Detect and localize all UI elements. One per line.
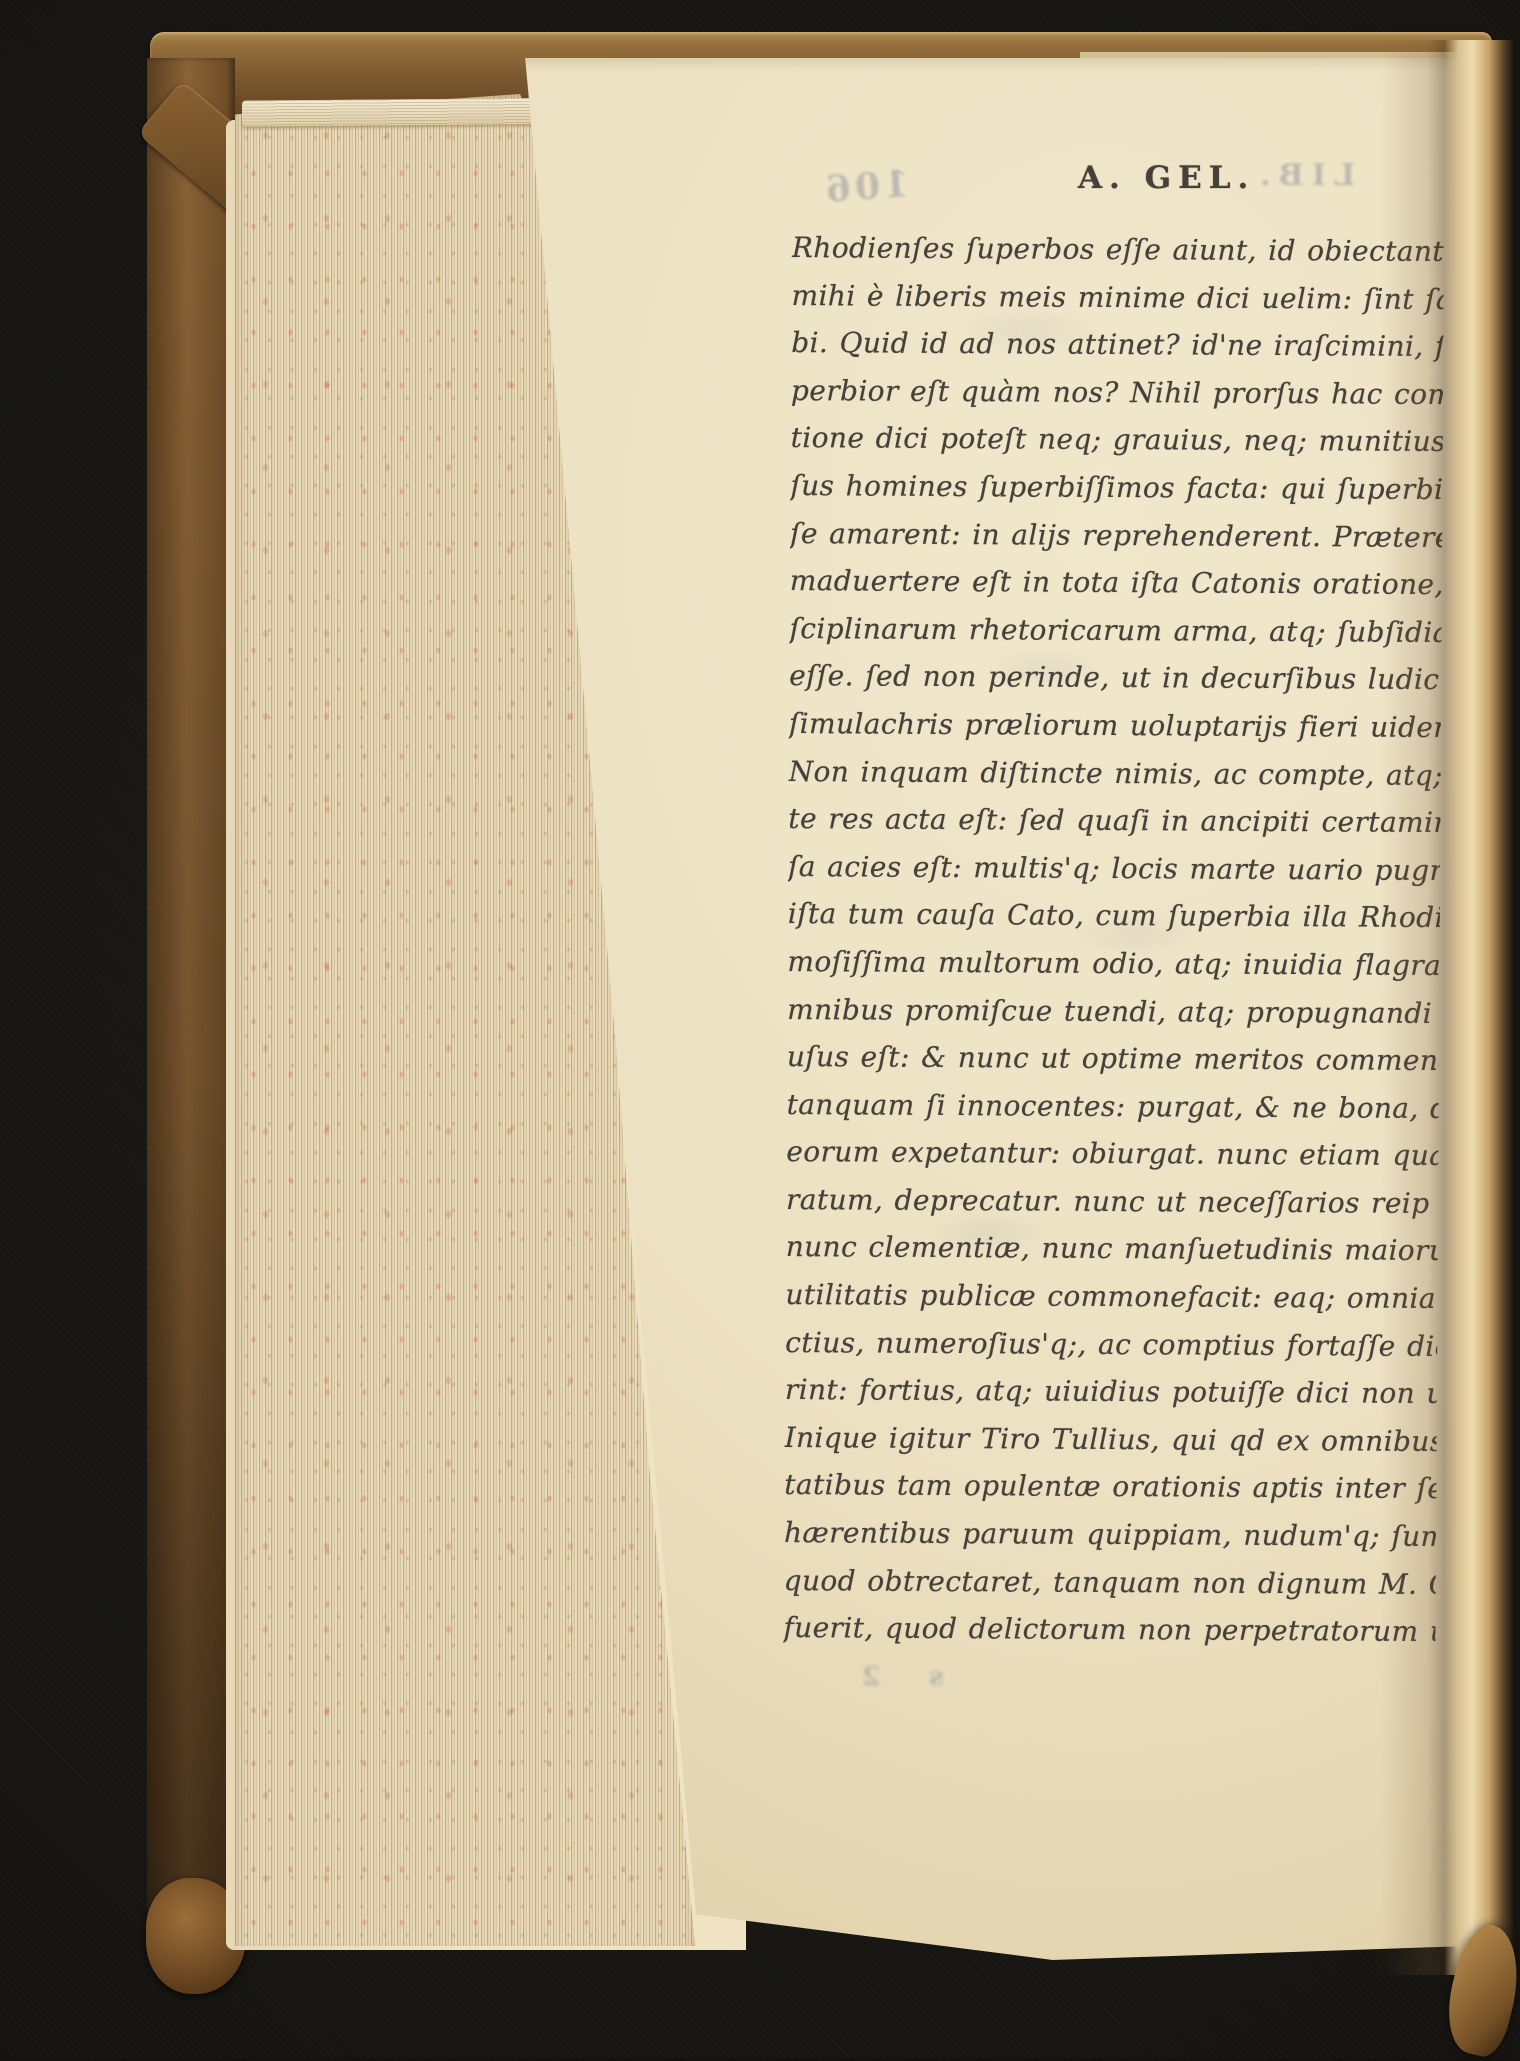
line-text: Inique igitur Tiro Tullius, qui qd ex om…: [784, 1421, 1444, 1458]
text-line: „Rhodienſes ſuperbos eſſe aiunt, id obie…: [792, 224, 1444, 276]
text-line: mnibus promiſcue tuendi, atq; propugnand…: [787, 985, 1439, 1037]
line-text: ſe amarent: in alijs reprehenderent. Præ…: [790, 517, 1444, 554]
text-line: „bi. Quid id ad nos attinet? id'ne iraſc…: [791, 319, 1443, 371]
text-line: ratum, deprecatur. nunc ut neceſſarios r…: [786, 1176, 1438, 1228]
text-line: tatibus tam opulentæ orationis aptis int…: [784, 1461, 1436, 1513]
line-text: te res acta eſt: ſed quaſi in ancipiti c…: [788, 802, 1444, 840]
text-line: iſta tum cauſa Cato, cum ſuperbia illa R…: [788, 890, 1440, 942]
line-text: uſus eſt: & nunc ut optime meritos comme…: [787, 1040, 1444, 1078]
text-line: „mihi è liberis meis minime dici uelim: …: [791, 272, 1443, 324]
text-line: ſe amarent: in alijs reprehenderent. Præ…: [790, 510, 1442, 562]
text-line: hærentibus paruum quippiam, nudum'q; ſum: [784, 1509, 1436, 1561]
text-line: „perbior eſt quàm nos? Nihil prorſus hac…: [791, 367, 1443, 419]
line-text: ſimulachris præliorum uoluptarijs fieri …: [789, 707, 1444, 744]
text-line: ſa acies eſt: multis'q; locis marte uari…: [788, 843, 1440, 895]
line-text: utilitatis publicæ commonefacit: eaq; om…: [785, 1278, 1444, 1315]
bleedthrough-header: LIB.: [1252, 158, 1355, 193]
line-text: hærentibus paruum quippiam, nudum'q; ſum: [784, 1516, 1444, 1553]
line-text: ſa acies eſt: multis'q; locis marte uari…: [788, 850, 1444, 888]
text-line: te res acta eſt: ſed quaſi in ancipiti c…: [788, 795, 1440, 847]
text-block: „Rhodienſes ſuperbos eſſe aiunt, id obie…: [783, 224, 1444, 1678]
text-line: ctius, numeroſius'q;, ac comptius fortaſ…: [785, 1319, 1437, 1371]
line-text: fuerit, quod delictorum non perpetratoru…: [783, 1611, 1444, 1648]
bleedthrough-page-number: 106: [821, 163, 911, 211]
line-text: moſiſſima multorum odio, atq; inuidia fl…: [787, 945, 1444, 982]
text-line: ſus homines ſuperbiſſimos facta: qui ſup…: [790, 462, 1442, 514]
line-text: tione dici poteſt neq; grauius, neq; mun…: [791, 421, 1444, 459]
running-header: A. GEL.: [1078, 160, 1255, 196]
text-line: tione dici poteſt neq; grauius, neq; mun…: [791, 414, 1443, 466]
text-line: Inique igitur Tiro Tullius, qui qd ex om…: [784, 1414, 1436, 1466]
text-line: maduertere eſt in tota iſta Catonis orat…: [790, 557, 1442, 609]
line-text: ctius, numeroſius'q;, ac comptius fortaſ…: [785, 1326, 1444, 1363]
line-text: tatibus tam opulentæ orationis aptis int…: [784, 1468, 1444, 1505]
line-text: quod obtrectaret, tanquam non dignum M. …: [784, 1564, 1444, 1601]
line-text: rint: fortius, atq; uiuidius potuiſſe di…: [785, 1373, 1444, 1410]
line-text: mnibus promiſcue tuendi, atq; propugnand…: [787, 992, 1444, 1029]
line-text: tanquam ſi innocentes: purgat, & ne bona…: [787, 1088, 1444, 1126]
line-text: perbior eſt quàm nos? Nihil prorſus hac …: [791, 374, 1444, 412]
text-line: eorum expetantur: obiurgat. nunc etiam q…: [786, 1128, 1438, 1180]
text-line: moſiſſima multorum odio, atq; inuidia fl…: [787, 938, 1439, 990]
line-text: iſta tum cauſa Cato, cum ſuperbia illa R…: [788, 897, 1444, 934]
line-text: mihi è liberis meis minime dici uelim: ſ…: [791, 279, 1444, 317]
text-line: tanquam ſi innocentes: purgat, & ne bona…: [786, 1081, 1438, 1133]
line-text: eorum expetantur: obiurgat. nunc etiam q…: [786, 1135, 1444, 1172]
line-text: nunc clementiæ, nunc manſuetudinis maior…: [786, 1230, 1444, 1267]
line-text: Rhodienſes ſuperbos eſſe aiunt, id obiec…: [792, 231, 1444, 269]
text-line: ſimulachris præliorum uoluptarijs fieri …: [789, 700, 1441, 752]
text-line: nunc clementiæ, nunc manſuetudinis maior…: [786, 1223, 1438, 1275]
text-line: Non inquam diſtincte nimis, ac compte, a…: [789, 748, 1441, 800]
line-text: maduertere eſt in tota iſta Catonis orat…: [790, 564, 1444, 602]
photo-background: 106 LIB. s 2 A. GEL. „Rhodienſes ſuperbo…: [0, 0, 1520, 2058]
book-cover-left-edge: [147, 58, 235, 1948]
line-text: bi. Quid id ad nos attinet? id'ne iraſci…: [791, 326, 1444, 364]
text-line: uſus eſt: & nunc ut optime meritos comme…: [787, 1033, 1439, 1085]
text-line: fuerit, quod delictorum non perpetratoru…: [783, 1604, 1435, 1656]
line-text: ſciplinarum rhetoricarum arma, atq; ſubſ…: [789, 612, 1444, 649]
text-line: ſciplinarum rhetoricarum arma, atq; ſubſ…: [789, 605, 1441, 657]
text-line: eſſe. ſed non perinde, ut in decurſibus …: [789, 652, 1441, 704]
line-text: ſus homines ſuperbiſſimos facta: qui ſup…: [790, 469, 1444, 507]
line-text: ratum, deprecatur. nunc ut neceſſarios r…: [786, 1183, 1444, 1220]
text-line: utilitatis publicæ commonefacit: eaq; om…: [785, 1271, 1437, 1323]
line-text: Non inquam diſtincte nimis, ac compte, a…: [789, 755, 1444, 793]
text-line: rint: fortius, atq; uiuidius potuiſſe di…: [785, 1366, 1437, 1418]
line-text: eſſe. ſed non perinde, ut in decurſibus …: [789, 659, 1444, 696]
text-line: quod obtrectaret, tanquam non dignum M. …: [784, 1557, 1436, 1609]
page-curl: [1380, 40, 1520, 1975]
